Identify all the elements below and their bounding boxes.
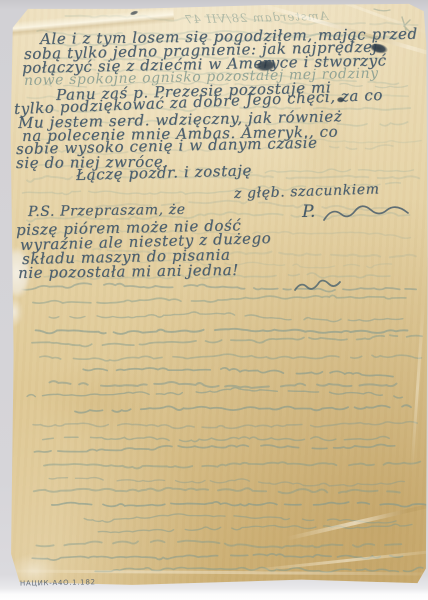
handwriting-line: Łączę pozdr. i zostaję [76, 161, 252, 184]
handwriting-line: nie pozostała mi ani jedna! [18, 261, 239, 282]
scan-backdrop: Amsterdam 28/VII 47 Ale i z tym losem si… [0, 0, 428, 600]
archival-reference-mark: НАЦИК-А4О.1.182 [20, 578, 96, 587]
handwriting-line: z głęb. szacunkiem [234, 181, 380, 202]
stain-speck [392, 586, 397, 590]
signature: P. [302, 202, 315, 222]
stain-speck [276, 587, 280, 590]
signature-flourish [322, 203, 414, 229]
letter-page: Amsterdam 28/VII 47 Ale i z tym losem si… [6, 3, 428, 589]
letter-body: Ale i z tym losem się pogodziłem, mając … [6, 3, 428, 589]
ink-blot [337, 97, 345, 103]
